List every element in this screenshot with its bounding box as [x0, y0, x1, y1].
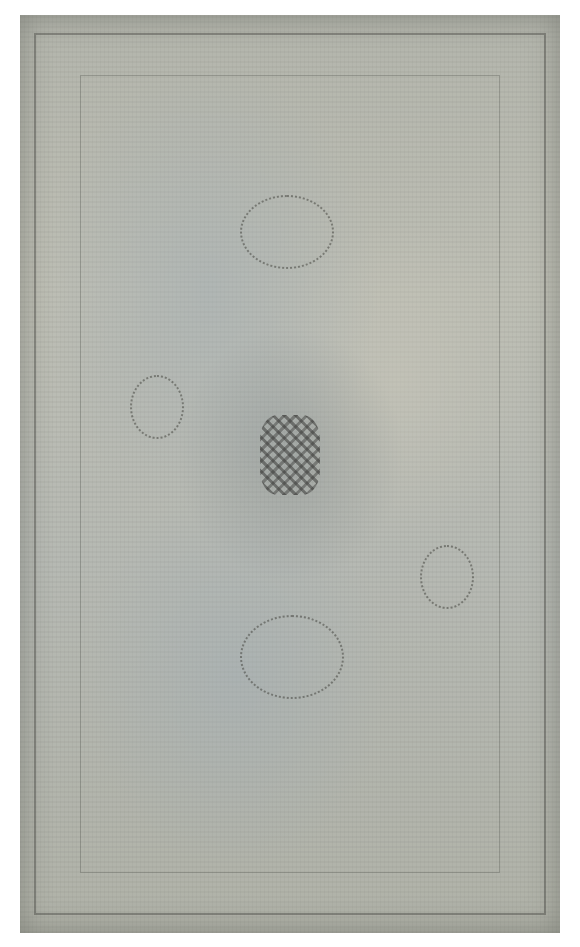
central-medallion	[260, 415, 320, 495]
lower-floral-motif	[240, 615, 344, 699]
upper-floral-motif	[240, 195, 334, 269]
left-floral-motif	[130, 375, 184, 439]
rug-photo	[20, 15, 560, 933]
right-floral-motif	[420, 545, 474, 609]
